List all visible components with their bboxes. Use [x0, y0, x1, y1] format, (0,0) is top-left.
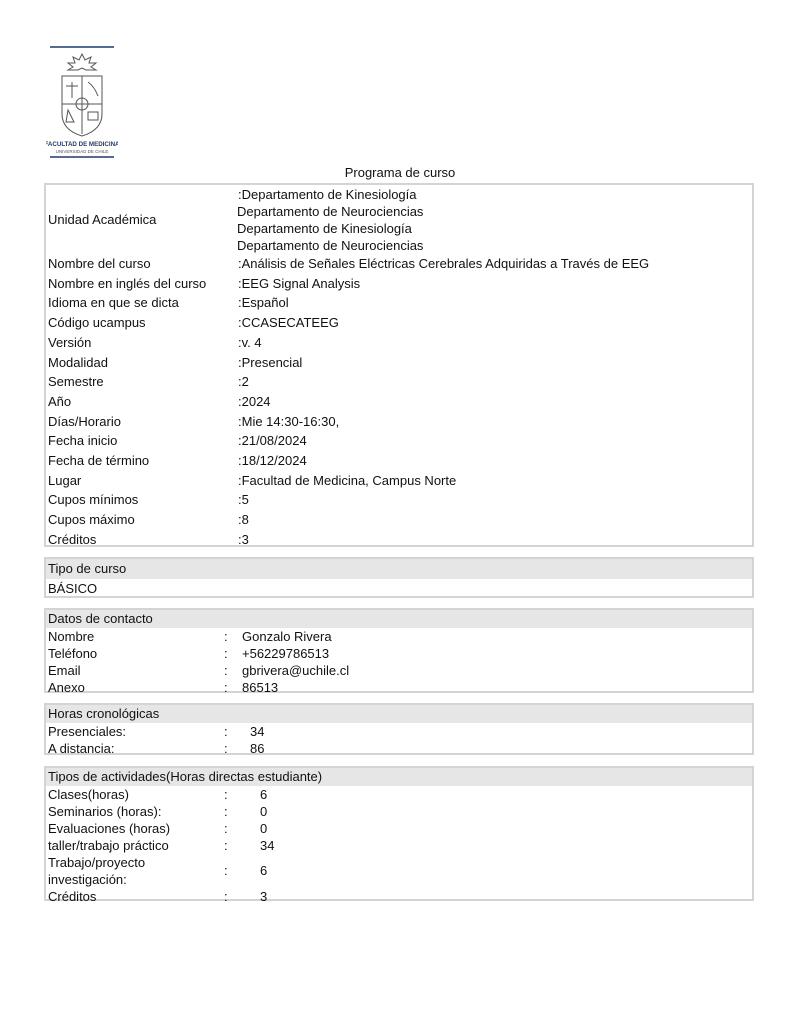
info-label: Versión — [48, 333, 91, 352]
info-value: :3 — [238, 530, 249, 549]
activity-row: Seminarios (horas)::0 — [46, 803, 752, 820]
svg-text:UNIVERSIDAD DE CHILE: UNIVERSIDAD DE CHILE — [56, 149, 109, 154]
colon: : — [224, 662, 228, 679]
hours-label: A distancia: — [48, 741, 115, 756]
activity-row: Evaluaciones (horas):0 — [46, 820, 752, 837]
contact-extension: 86513 — [242, 679, 278, 696]
hours-section: Horas cronológicas Presenciales::34 A di… — [44, 703, 754, 755]
contact-row: Anexo:86513 — [46, 679, 752, 696]
contact-label: Anexo — [48, 680, 85, 695]
activity-value: 0 — [260, 803, 267, 820]
info-value: :Facultad de Medicina, Campus Norte — [238, 471, 456, 490]
activity-row: Créditos:3 — [46, 888, 752, 905]
contact-label: Teléfono — [48, 646, 97, 661]
contact-email: gbrivera@uchile.cl — [242, 662, 349, 679]
info-label: Nombre del curso — [48, 254, 151, 273]
info-label: Créditos — [48, 530, 96, 549]
activity-label: taller/trabajo práctico — [48, 838, 169, 853]
contact-row: Nombre:Gonzalo Rivera — [46, 628, 752, 645]
contact-label: Email — [48, 663, 81, 678]
activity-row: Clases(horas):6 — [46, 786, 752, 803]
section-header: Datos de contacto — [46, 610, 752, 628]
colon: : — [224, 837, 228, 854]
info-value: :EEG Signal Analysis — [238, 274, 360, 293]
info-value: :18/12/2024 — [238, 451, 307, 470]
svg-text:FACULTAD DE MEDICINA: FACULTAD DE MEDICINA — [46, 141, 118, 148]
colon: : — [224, 740, 228, 757]
hours-row: Presenciales::34 — [46, 723, 752, 740]
activity-value: 0 — [260, 820, 267, 837]
info-label: Modalidad — [48, 353, 108, 372]
section-header: Horas cronológicas — [46, 705, 752, 723]
info-label: Cupos mínimos — [48, 490, 138, 509]
info-label: Semestre — [48, 372, 104, 391]
info-value: :2 — [238, 372, 249, 391]
info-label: Fecha inicio — [48, 431, 117, 450]
activity-row: taller/trabajo práctico:34 — [46, 837, 752, 854]
course-type-section: Tipo de curso BÁSICO — [44, 557, 754, 598]
activity-label: Créditos — [48, 889, 96, 904]
colon: : — [224, 862, 228, 879]
hours-row: A distancia::86 — [46, 740, 752, 757]
hours-value: 86 — [250, 740, 264, 757]
activity-value: 3 — [260, 888, 267, 905]
info-value: :Español — [238, 293, 289, 312]
course-info-table: Unidad Académica :Departamento de Kinesi… — [44, 183, 754, 547]
activity-label: Trabajo/proyecto investigación: — [48, 854, 198, 888]
info-label: Lugar — [48, 471, 81, 490]
page-title: Programa de curso — [0, 165, 800, 180]
contact-phone: +56229786513 — [242, 645, 329, 662]
info-value: :v. 4 — [238, 333, 262, 352]
contact-row: Teléfono:+56229786513 — [46, 645, 752, 662]
activity-value: 34 — [260, 837, 274, 854]
colon: : — [224, 628, 228, 645]
section-header: Tipos de actividades(Horas directas estu… — [46, 768, 752, 786]
activity-row: Trabajo/proyecto investigación::6 — [46, 854, 752, 888]
section-header: Tipo de curso — [46, 559, 752, 579]
colon: : — [224, 888, 228, 905]
hours-value: 34 — [250, 723, 264, 740]
info-value: :Presencial — [238, 353, 302, 372]
course-type-value: BÁSICO — [46, 579, 752, 598]
info-value: :Mie 14:30-16:30, — [238, 412, 339, 431]
info-value: :8 — [238, 510, 249, 529]
info-label: Días/Horario — [48, 412, 121, 431]
activities-section: Tipos de actividades(Horas directas estu… — [44, 766, 754, 901]
activity-value: 6 — [260, 786, 267, 803]
colon: : — [224, 786, 228, 803]
colon: : — [224, 723, 228, 740]
info-value: :5 — [238, 490, 249, 509]
hours-label: Presenciales: — [48, 724, 126, 739]
info-value: :Análisis de Señales Eléctricas Cerebral… — [238, 254, 649, 273]
unidad-academica-value-4: Departamento de Neurociencias — [237, 236, 423, 255]
colon: : — [224, 803, 228, 820]
activity-label: Seminarios (horas): — [48, 804, 161, 819]
activity-label: Clases(horas) — [48, 787, 129, 802]
contact-label: Nombre — [48, 629, 94, 644]
colon: : — [224, 679, 228, 696]
info-value: :21/08/2024 — [238, 431, 307, 450]
info-label: Idioma en que se dicta — [48, 293, 179, 312]
activity-label: Evaluaciones (horas) — [48, 821, 170, 836]
info-value: :2024 — [238, 392, 271, 411]
activity-value: 6 — [260, 862, 267, 879]
contact-name: Gonzalo Rivera — [242, 628, 332, 645]
info-value: :CCASECATEEG — [238, 313, 339, 332]
info-label: Fecha de término — [48, 451, 149, 470]
contact-row: Email:gbrivera@uchile.cl — [46, 662, 752, 679]
contact-section: Datos de contacto Nombre:Gonzalo Rivera … — [44, 608, 754, 693]
info-label: Nombre en inglés del curso — [48, 274, 206, 293]
university-crest-icon: FACULTAD DE MEDICINA UNIVERSIDAD DE CHIL… — [46, 46, 118, 158]
info-label: Código ucampus — [48, 313, 146, 332]
colon: : — [224, 820, 228, 837]
faculty-logo: FACULTAD DE MEDICINA UNIVERSIDAD DE CHIL… — [46, 46, 118, 158]
unidad-academica-label: Unidad Académica — [48, 210, 156, 229]
info-label: Año — [48, 392, 71, 411]
info-label: Cupos máximo — [48, 510, 135, 529]
colon: : — [224, 645, 228, 662]
